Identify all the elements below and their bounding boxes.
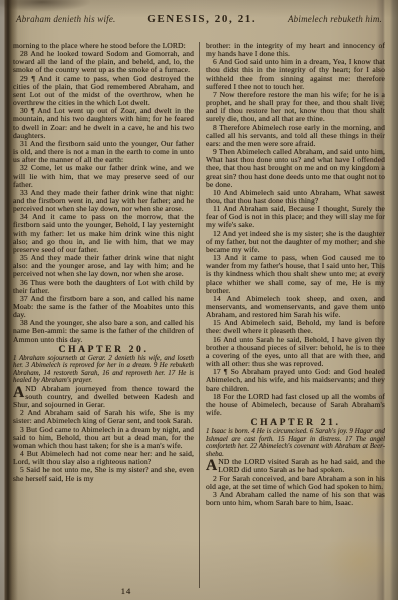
verse-paragraph: 17 ¶ So Abraham prayed unto God: and God…: [206, 368, 385, 392]
verse-paragraph: AND Abraham journeyed from thence toward…: [13, 385, 194, 409]
verse-paragraph: 38 And the younger, she also bare a son,…: [13, 319, 194, 343]
verse-paragraph: 29 ¶ And it came to pass, when God destr…: [13, 75, 194, 108]
chapter-heading: CHAPTER 20.: [13, 344, 194, 355]
verse-paragraph: 32 Come, let us make our father drink wi…: [13, 164, 194, 188]
verse-paragraph: 14 And Abimelech took sheep, and oxen, a…: [206, 295, 385, 319]
verse-paragraph: 2 And Abraham said of Sarah his wife, Sh…: [13, 409, 194, 425]
verse-paragraph: 33 And they made their father drink wine…: [13, 189, 194, 213]
right-column: brother: in the integrity of my heart an…: [199, 42, 385, 588]
verse-paragraph: 3 But God came to Abimelech in a dream b…: [13, 426, 194, 450]
verse-paragraph: 13 And it came to pass, when God caused …: [206, 254, 385, 295]
verse-paragraph: 4 But Abimelech had not come near her: a…: [13, 450, 194, 466]
verse-paragraph: 6 And God said unto him in a dream, Yea,…: [206, 58, 385, 91]
verse-paragraph: 28 And he looked toward Sodom and Gomorr…: [13, 50, 194, 74]
verse-paragraph: 31 And the firstborn said unto the young…: [13, 140, 194, 164]
verse-paragraph: brother: in the integrity of my heart an…: [206, 42, 385, 58]
verse-paragraph: 37 And the firstborn bare a son, and cal…: [13, 295, 194, 319]
verse-paragraph: 11 And Abraham said, Because I thought, …: [206, 205, 385, 229]
text-area: morning to the place where he stood befo…: [13, 42, 385, 588]
verse-paragraph: 12 And yet indeed she is my sister; she …: [206, 230, 385, 254]
bible-page: Abraham denieth his wife. GENESIS, 20, 2…: [0, 0, 398, 600]
verse-paragraph: 8 Therefore Abimelech rose early in the …: [206, 124, 385, 148]
verse-paragraph: AND the LORD visited Sarah as he had sai…: [206, 458, 385, 474]
verse-paragraph: 30 ¶ And Lot went up out of Zoar, and dw…: [13, 107, 194, 140]
verse-paragraph: 2 For Sarah conceived, and bare Abraham …: [206, 475, 385, 491]
verse-paragraph: 35 And they made their father drink wine…: [13, 254, 194, 278]
chapter-summary: 1 Abraham sojourneth at Gerar. 2 denieth…: [13, 355, 194, 385]
running-head-right: Abimelech rebuketh him.: [288, 14, 382, 24]
left-column: morning to the place where he stood befo…: [13, 42, 199, 588]
running-head: Abraham denieth his wife. GENESIS, 20, 2…: [16, 13, 382, 27]
verse-paragraph: 34 And it came to pass on the morrow, th…: [13, 213, 194, 254]
verse-paragraph: 16 And unto Sarah he said, Behold, I hav…: [206, 336, 385, 369]
verse-paragraph: 15 And Abimelech said, Behold, my land i…: [206, 319, 385, 335]
verse-paragraph: 36 Thus were both the daughters of Lot w…: [13, 279, 194, 295]
verse-paragraph: 3 And Abraham called the name of his son…: [206, 491, 385, 507]
running-head-left: Abraham denieth his wife.: [16, 14, 116, 24]
chapter-summary: 1 Isaac is born. 4 He is circumcised. 6 …: [206, 428, 385, 458]
verse-paragraph: 9 Then Abimelech called Abraham, and sai…: [206, 148, 385, 189]
verse-paragraph: 10 And Abimelech said unto Abraham, What…: [206, 189, 385, 205]
verse-paragraph: 7 Now therefore restore the man his wife…: [206, 91, 385, 124]
chapter-heading: CHAPTER 21.: [206, 417, 385, 428]
running-head-title: GENESIS, 20, 21.: [147, 13, 256, 25]
verse-paragraph: 18 For the LORD had fast closed up all t…: [206, 393, 385, 417]
verse-paragraph: 5 Said he not unto me, She is my sister?…: [13, 466, 194, 482]
page-number: 14: [96, 586, 156, 596]
